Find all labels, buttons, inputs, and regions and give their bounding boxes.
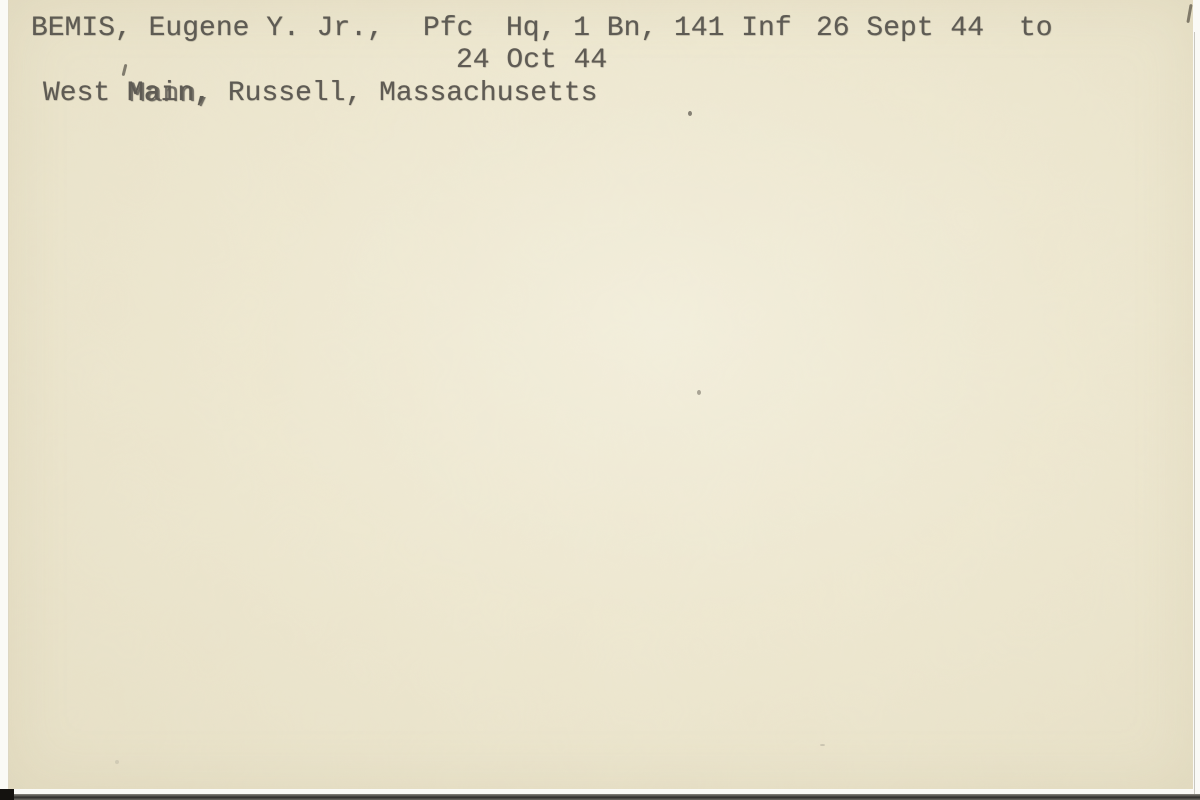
card-right-edge-shadow: [1194, 32, 1195, 800]
date-range-connector: to: [1019, 15, 1053, 43]
index-card-paper: BEMIS, Eugene Y. Jr., Pfc Hq, 1 Bn, 141 …: [8, 0, 1193, 789]
soldier-unit: Hq, 1 Bn, 141 Inf: [506, 15, 792, 43]
service-date-start: 26 Sept 44: [816, 15, 984, 43]
soldier-rank: Pfc: [423, 15, 473, 43]
stray-ink-tick: [122, 64, 128, 76]
scan-corner-black-mark: [0, 789, 14, 800]
address-street-overstrike: Mann,Main,: [127, 80, 211, 108]
soldier-name: BEMIS, Eugene Y. Jr.,: [31, 15, 384, 43]
ink-speck: [697, 390, 701, 395]
address-prefix: West: [43, 78, 110, 109]
scan-vignette: [9, 0, 1193, 789]
scanned-index-card: BEMIS, Eugene Y. Jr., Pfc Hq, 1 Bn, 141 …: [0, 0, 1200, 800]
address-city-state: Russell, Massachusetts: [228, 78, 598, 109]
scan-bottom-edge: [0, 794, 1200, 800]
overstrike-over-text: Main,: [127, 78, 211, 109]
ink-speck: [820, 744, 825, 746]
service-date-end: 24 Oct 44: [456, 47, 607, 75]
ink-speck: [115, 760, 119, 764]
paper-texture: [9, 0, 1193, 789]
ink-speck: [688, 111, 692, 116]
home-address: West Mann,Main, Russell, Massachusetts: [43, 80, 598, 108]
